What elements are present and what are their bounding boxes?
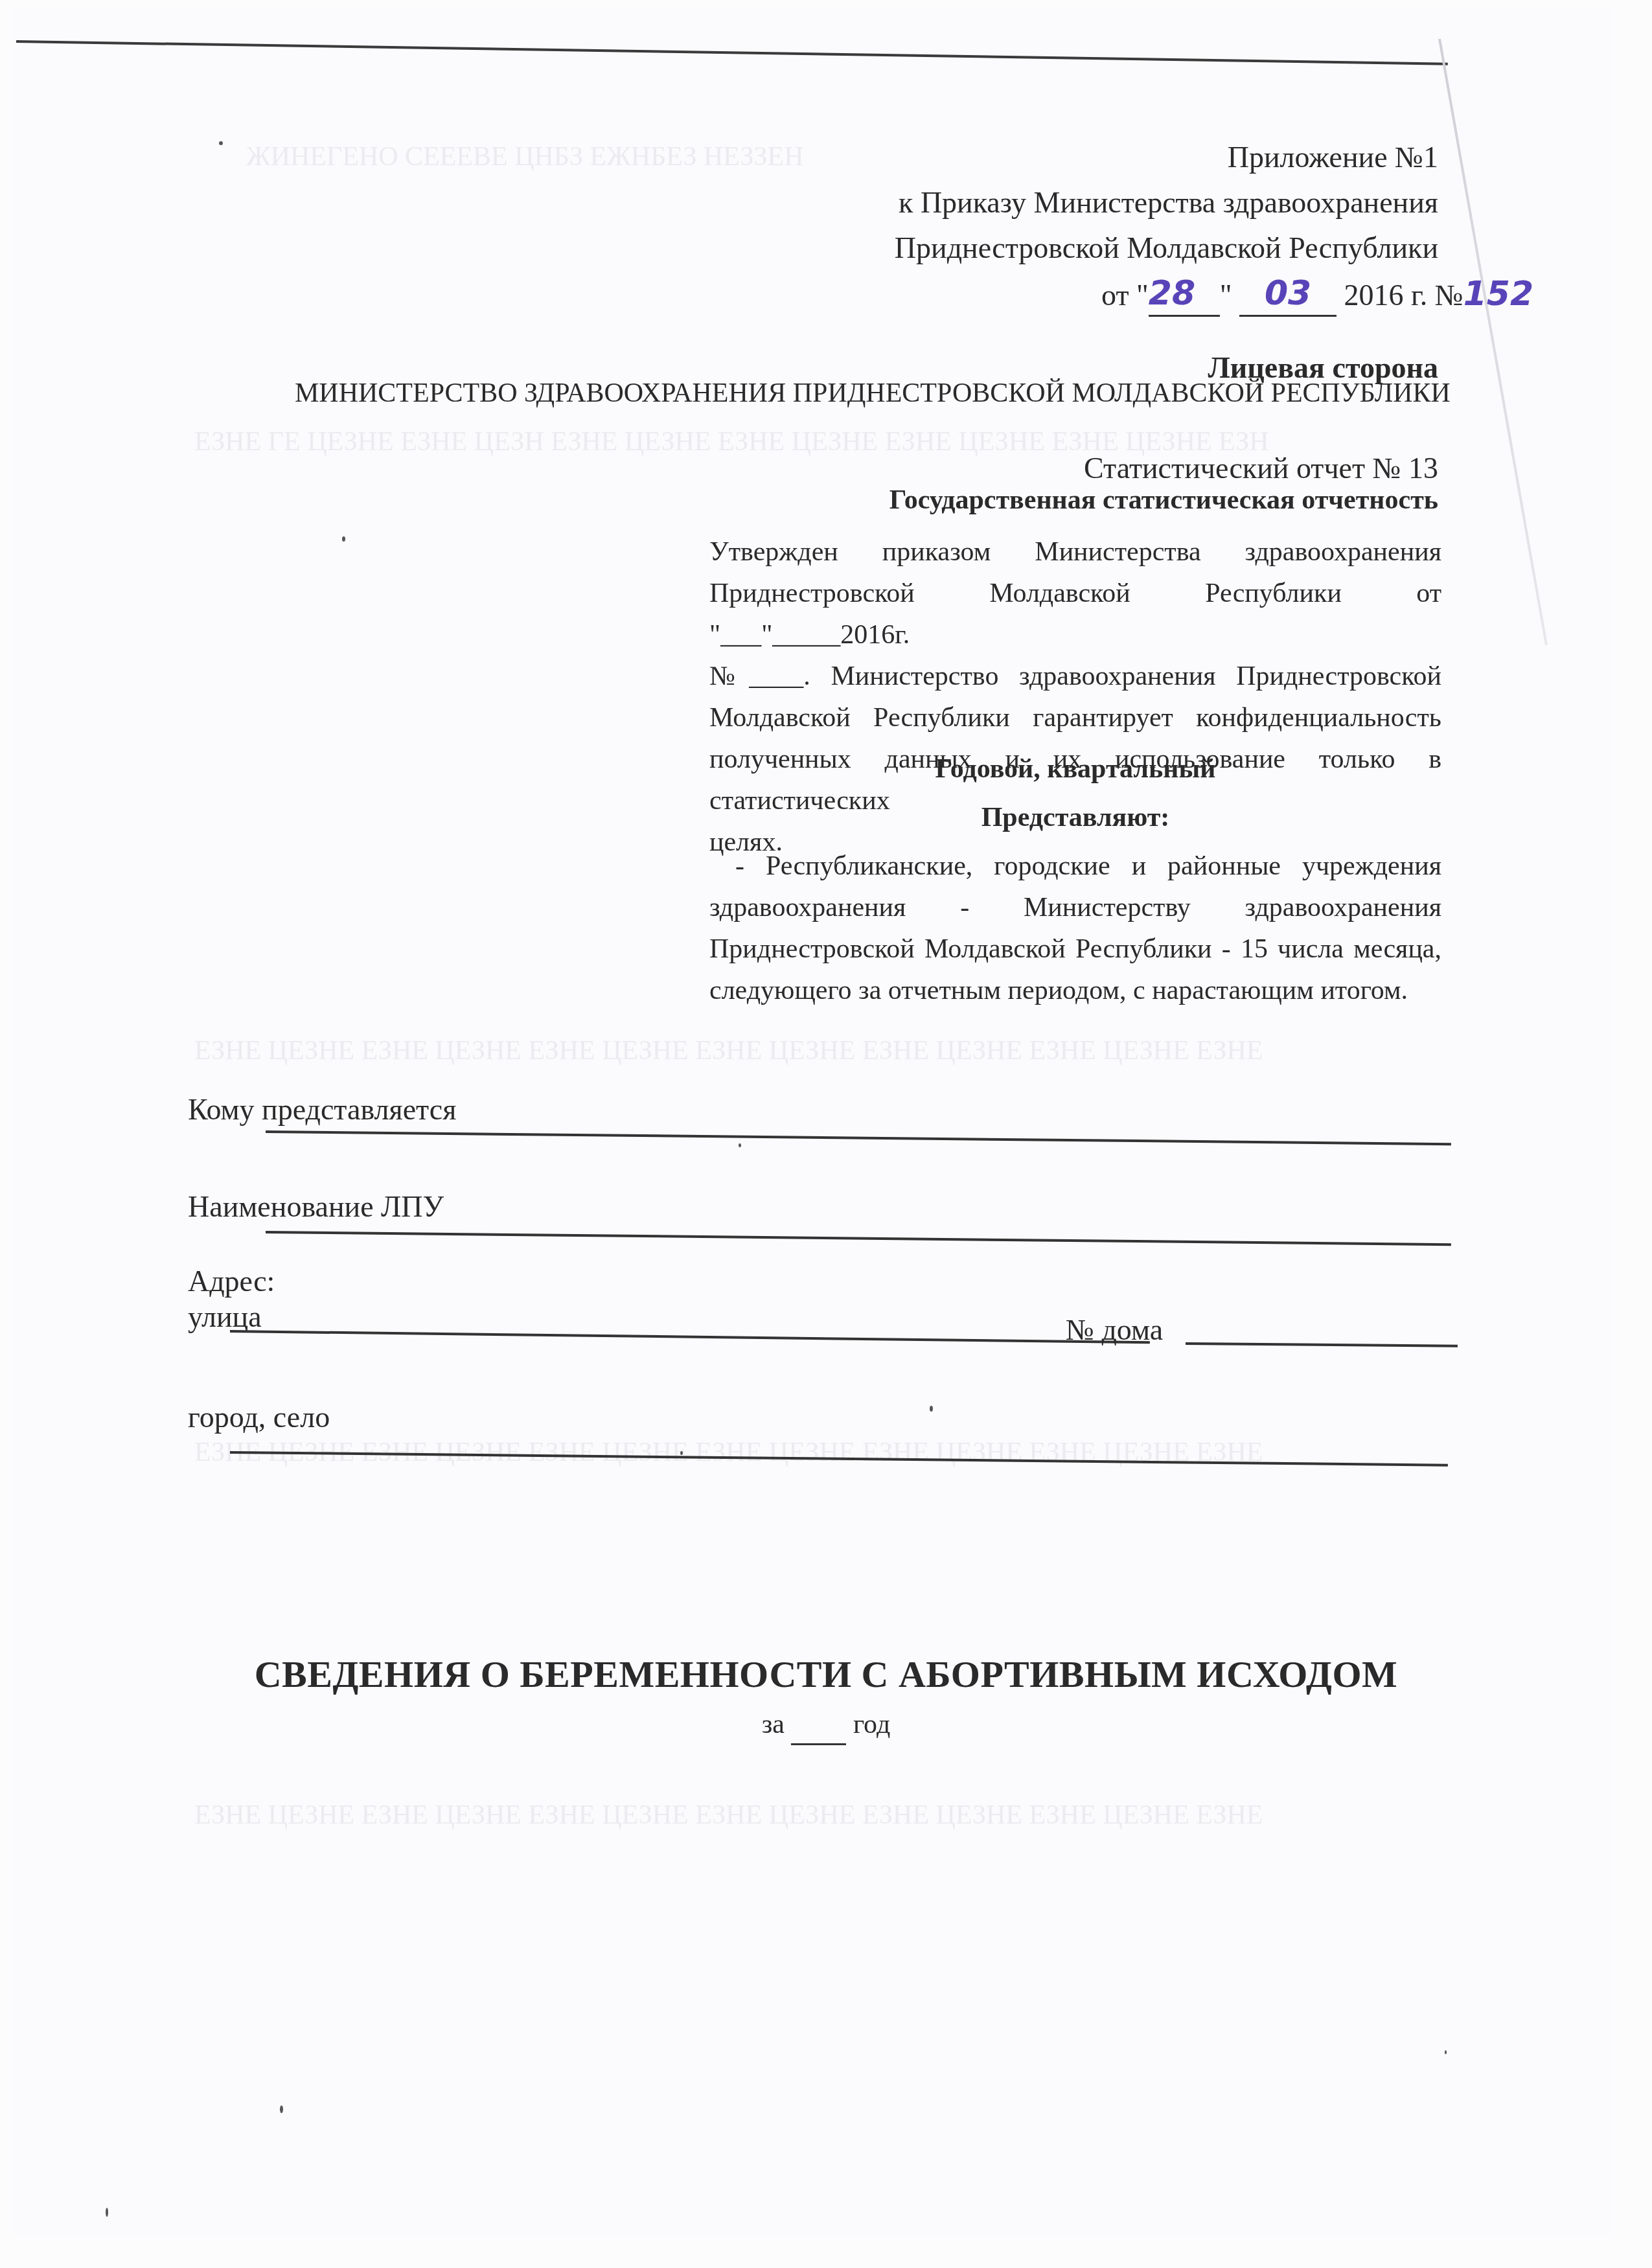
- year-prefix: за: [762, 1710, 785, 1739]
- year-field[interactable]: [791, 1717, 846, 1745]
- scan-speck: [280, 2105, 283, 2113]
- main-title: СВЕДЕНИЯ О БЕРЕМЕННОСТИ С АБОРТИВНЫМ ИСХ…: [194, 1649, 1458, 1701]
- scan-speck: [219, 141, 223, 145]
- appendix-label: Приложение №1: [1228, 136, 1438, 179]
- scan-speck: [1445, 2050, 1447, 2054]
- submitters-line: - Республиканские, городские и районные …: [709, 845, 1441, 887]
- recipient-label: Кому представляется: [188, 1088, 456, 1131]
- scan-speck: [680, 1451, 683, 1455]
- ministry-title: МИНИСТЕРСТВО ЗДРАВООХРАНЕНИЯ ПРИДНЕСТРОВ…: [295, 372, 1451, 414]
- date-year: 2016 г. №: [1344, 279, 1463, 312]
- order-line: к Приказу Министерства здравоохранения: [899, 181, 1438, 224]
- house-label: № дома: [1066, 1309, 1163, 1351]
- date-day-field[interactable]: 28: [1149, 272, 1220, 317]
- submitters-heading: Представляют:: [709, 797, 1441, 838]
- scan-speck: [930, 1406, 933, 1412]
- order-number-handwritten[interactable]: 152: [1463, 275, 1534, 314]
- date-month-field[interactable]: 03: [1239, 272, 1337, 317]
- scan-speck: [106, 2208, 108, 2217]
- city-label: город, село: [188, 1396, 330, 1439]
- scan-speck: [342, 536, 345, 542]
- date-prefix: от ": [1101, 279, 1149, 312]
- submitters-line: Приднестровской Молдавской Республики - …: [709, 928, 1441, 970]
- year-suffix: год: [853, 1710, 890, 1739]
- approval-line: Приднестровской Молдавской Республики от…: [709, 573, 1441, 656]
- submitters-line: следующего за отчетным периодом, с нарас…: [709, 970, 1441, 1011]
- approval-line: №____. Министерство здравоохранения Прид…: [709, 656, 1441, 697]
- scan-speck: [739, 1143, 741, 1147]
- republic-line: Приднестровской Молдавской Республики: [895, 227, 1438, 269]
- submitters-line: здравоохранения - Министерству здравоохр…: [709, 887, 1441, 928]
- date-mid: ": [1220, 279, 1232, 312]
- order-date-line: от "28" 03 2016 г. №152: [1101, 272, 1533, 317]
- facility-label: Наименование ЛПУ: [188, 1186, 444, 1228]
- report-subtitle: Государственная статистическая отчетност…: [889, 479, 1438, 521]
- approval-line: Утвержден приказом Министерства здравоох…: [709, 531, 1441, 573]
- periodicity: Годовой, квартальный: [709, 748, 1441, 790]
- year-line: за год: [194, 1704, 1458, 1745]
- approval-line: Молдавской Республики гарантирует конфид…: [709, 697, 1441, 739]
- submitters-block: - Республиканские, городские и районные …: [709, 845, 1441, 1011]
